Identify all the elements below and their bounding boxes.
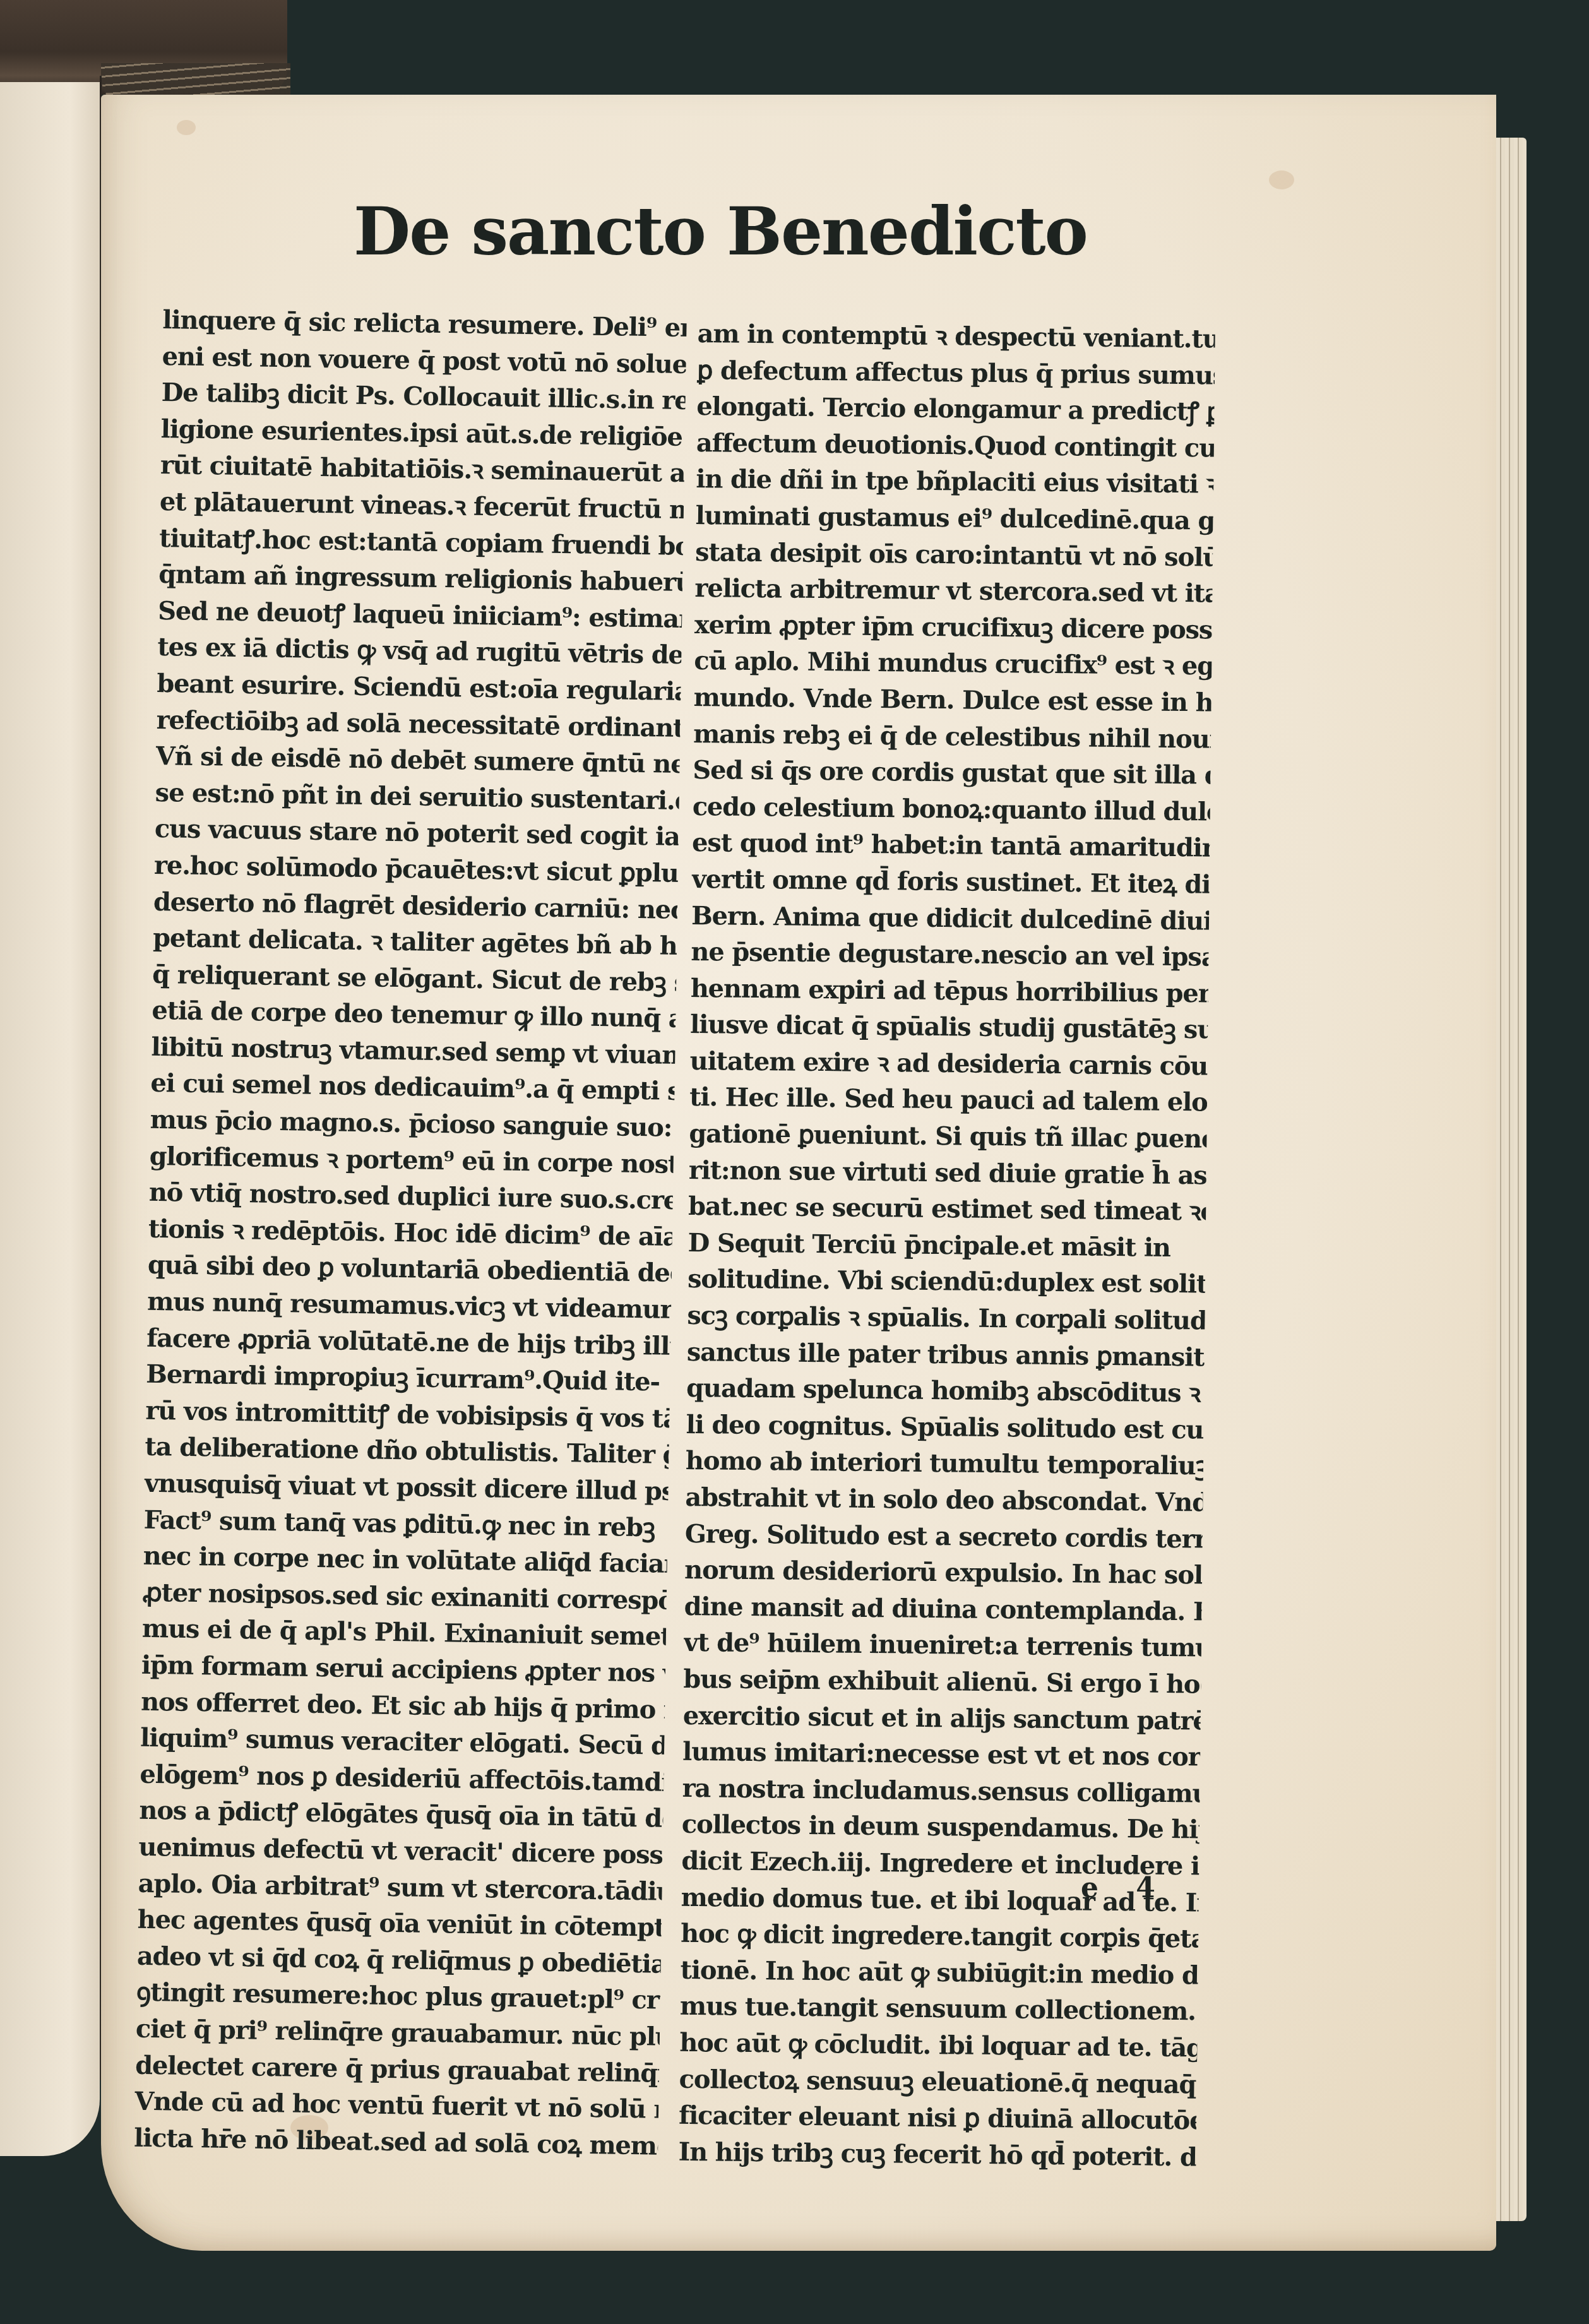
- text-line: ra nostra includamus.sensus colligamus.: [682, 1770, 1200, 1812]
- text-line: bus seip̄m exhibuit alienū. Si ergo ī ho…: [683, 1661, 1201, 1703]
- facing-page-edge: [0, 82, 100, 2156]
- text-line: scꝫ corꝑalis ꝛ spūalis. In corꝑali solit…: [687, 1297, 1205, 1339]
- text-line: mus tue.tangit sensuum collectionem. In: [680, 1988, 1198, 2030]
- page-stack-fore-edge: [1496, 138, 1527, 2221]
- text-line: bat.nec se securū estimet sed timeat ꝛc.: [688, 1188, 1206, 1230]
- text-line: cedo celestium bonoꝝ:quanto illud dulce: [693, 789, 1211, 830]
- text-line: collectos in deum suspendamus. De hijs: [682, 1806, 1200, 1848]
- text-line: vt de⁹ hūilem inueniret:a terrenis tumul…: [684, 1624, 1202, 1666]
- text-line: luminati gustamus ei⁹ dulcedinē.qua gu-: [695, 498, 1213, 539]
- text-line: hoc aūt ꝙ cōcludit. ibi loquar ad te. tā…: [679, 2025, 1198, 2066]
- text-line: li deo cognitus. Spūalis solitudo est cu…: [686, 1407, 1204, 1448]
- text-line: ne p̄sentie degustare.nescio an vel ipsa…: [691, 934, 1209, 975]
- text-line: In hijs tribꝫ cuꝫ fecerit hō qd̄ poterit…: [678, 2134, 1196, 2176]
- text-line: homo ab interiori tumultu temporaliuꝫ se: [686, 1443, 1204, 1484]
- text-line: Greg. Solitudo est a secreto cordis terr…: [684, 1515, 1203, 1557]
- text-line: relicta arbitremur vt stercora.sed vt it…: [694, 570, 1213, 612]
- text-line: D Sequit Terciū p̄ncipale.et māsit in: [687, 1225, 1206, 1266]
- book-binding: [0, 0, 287, 95]
- signature-mark: e 4: [1081, 1872, 1169, 1904]
- text-line: hoc ꝙ dicit ingredere.tangit corꝑis q̄et…: [681, 1916, 1199, 1957]
- text-line: cū aplo. Mihi mundus crucifix⁹ est ꝛ ego: [694, 643, 1212, 684]
- text-line: liusve dicat q̄ spūalis studij gustātēꝫ …: [690, 1006, 1208, 1048]
- text-line: xerim ꝓpter ip̄m crucifixuꝫ dicere possu…: [694, 607, 1213, 648]
- text-line: ti. Hec ille. Sed heu pauci ad talem elo…: [689, 1079, 1208, 1121]
- text-column-left: linquere q̄ sic relicta resumere. Deli⁹ …: [134, 302, 687, 2164]
- text-line: ficaciter eleuant nisi ꝑ diuinā allocutō…: [679, 2097, 1197, 2139]
- text-line: uitatem exire ꝛ ad desideria carnis cōue…: [689, 1043, 1208, 1085]
- text-line: quadam spelunca homibꝫ abscōditus ꝛ so: [686, 1370, 1205, 1412]
- text-line: sanctus ille pater tribus annis ꝑmansit …: [687, 1334, 1205, 1376]
- foxing-stain: [1269, 170, 1294, 189]
- text-line: abstrahit vt in solo deo abscondat. Vnde: [685, 1479, 1203, 1521]
- text-line: rit:non sue virtuti sed diuie gratie h̄ …: [689, 1152, 1207, 1194]
- text-line: collectoꝝ sensuuꝫ eleuationē.q̄ nequaq̄ …: [679, 2061, 1197, 2102]
- text-line: solitudine. Vbi sciendū:duplex est solit…: [687, 1261, 1206, 1302]
- text-line: elongati. Tercio elongamur a predictꝭ ꝑ: [696, 388, 1215, 430]
- text-line: vertit omne qd̄ foris sustinet. Et iteꝝ …: [691, 861, 1210, 903]
- text-line: ꝑ defectum affectus plus q̄ prius sumus: [697, 352, 1215, 394]
- text-line: norum desideriorū expulsio. In hac solit…: [684, 1552, 1203, 1594]
- text-line: Bern. Anima que didicit dulcedinē diui-: [691, 897, 1210, 939]
- text-line: est quod int⁹ habet:in tantā amaritudine…: [692, 825, 1210, 866]
- text-line: affectum deuotionis.Quod contingit cuꝫ: [696, 425, 1215, 467]
- text-line: manis rebꝫ ei q̄ de celestibus nihil nou…: [693, 715, 1211, 757]
- text-line: gationē ꝑueniunt. Si quis tñ illac ꝑuene…: [689, 1116, 1207, 1157]
- running-head: De sancto Benedicto: [354, 193, 1048, 270]
- text-line: exercitio sicut et in alijs sanctum patr…: [682, 1697, 1201, 1739]
- text-line: dine mansit ad diuina contemplanda. Et: [684, 1588, 1202, 1630]
- text-line: tionē. In hoc aūt ꝙ subiūgit:in medio do: [680, 1952, 1198, 1994]
- text-line: lumus imitari:necesse est vt et nos corp…: [682, 1734, 1201, 1775]
- text-line: hennam expiri ad tēpus horribilius pena: [691, 970, 1209, 1012]
- text-line: mundo. Vnde Bern. Dulce est esse in hu-: [693, 679, 1211, 721]
- text-line: in die dñi in tpe bñplaciti eius visitat…: [696, 461, 1214, 503]
- text-line: Sed si q̄s ore cordis gustat que sit ill…: [693, 752, 1211, 794]
- text-line: am in contemptū ꝛ despectū veniant.tunc: [697, 316, 1215, 357]
- foxing-stain: [177, 120, 196, 135]
- text-line: stata desipit oīs caro:intantū vt nō sol…: [695, 534, 1213, 576]
